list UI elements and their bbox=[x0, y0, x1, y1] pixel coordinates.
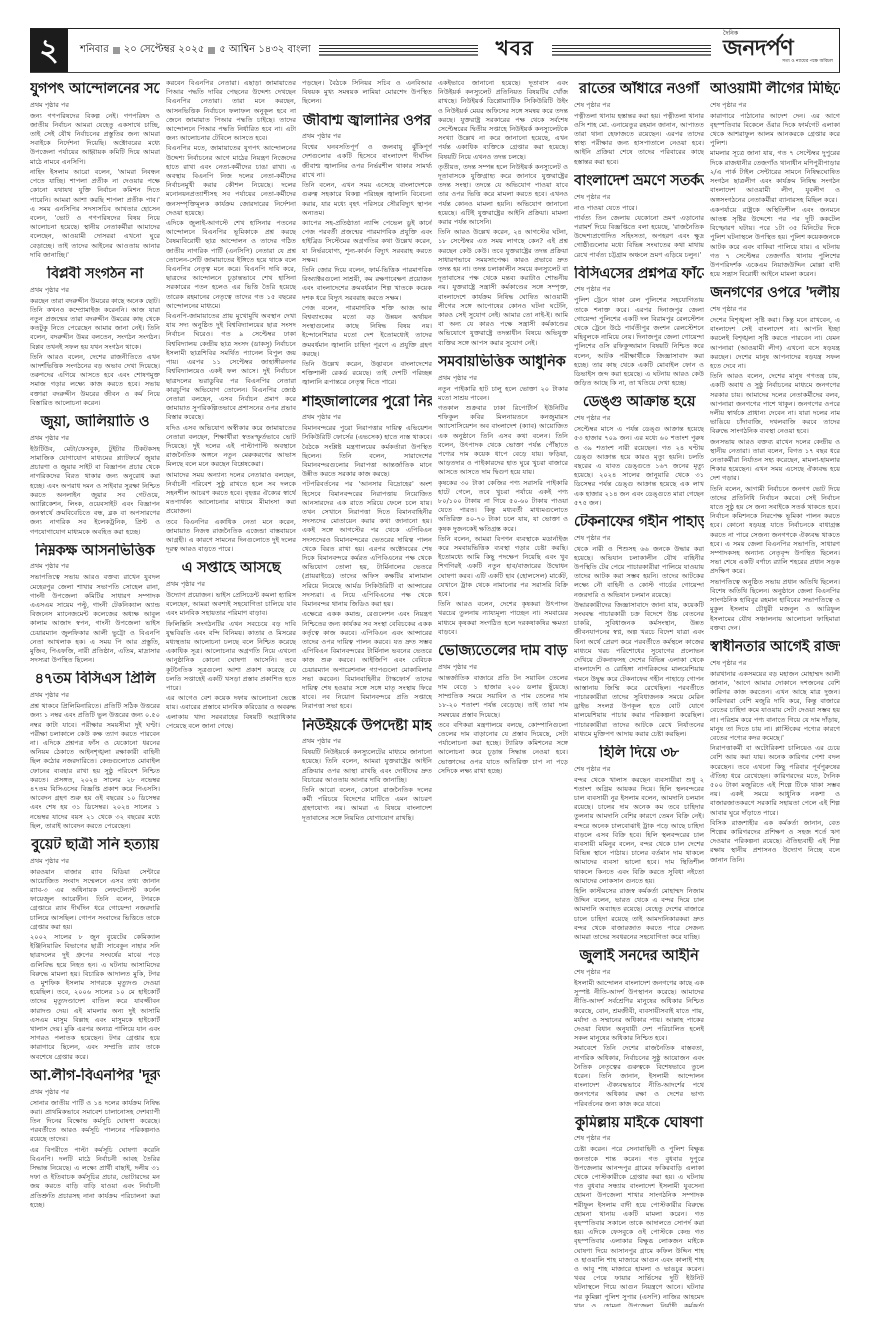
article-paragraph: তিনি আরও বলেন, দেশের মানুষ গণতন্ত্র চায়… bbox=[710, 372, 840, 436]
article-paragraph: সভাপতিত্বে সভায় আরও বক্তব্য রাখেন যুবদল… bbox=[30, 573, 160, 665]
article-headline[interactable]: জুয়া, জালিয়াতি ও bbox=[30, 414, 160, 431]
continuation-label: শেষ পৃষ্ঠার পর bbox=[574, 284, 704, 295]
article-paragraph: তৃতীয়ত, তদন্ত সম্পন্ন হলে নিউইয়র্ক কনস… bbox=[438, 163, 568, 227]
continuation-label: প্রথম পৃষ্ঠার পর bbox=[302, 412, 432, 423]
news-article: ডেঙ্গু আক্রান্ত হয়েশেষ পৃষ্ঠার পরসেপ্টে… bbox=[574, 394, 704, 508]
article-body: একইভাবে জানানো হয়েছে। দূতাবাস এবং নিউইয… bbox=[438, 79, 568, 348]
news-article: আ.লীগ-বিএনপির 'দূরত্ব'প্রথম পৃষ্ঠার পরসো… bbox=[30, 1068, 160, 1210]
news-article: স্বাধীনতার আগেই রাজশাহীতেশেষ পৃষ্ঠার পরক… bbox=[710, 639, 840, 865]
article-paragraph: বিমানবন্দরের পুরো নিরাপত্তার দায়িত্ব এভ… bbox=[302, 424, 432, 479]
article-paragraph: কারাগারে পাঠানোর আদেশ দেন। এর আগে বৃহস্প… bbox=[710, 112, 840, 149]
news-column-4: একইভাবে জানানো হয়েছে। দূতাবাস এবং নিউইয… bbox=[438, 73, 568, 1307]
masthead: ২ শনিবার ২০ সেপ্টেম্বর ২০২৫ ৫ আশ্বিন ১৪৩… bbox=[30, 28, 840, 72]
article-body: ইসলামী আন্দোলন বাংলাদেশ জনগণের কাছে এক স… bbox=[574, 979, 704, 1109]
newspaper-logo: দৈনিক জনদর্পণ সত্য ও ন্যায়ের পক্ষে অবিচ… bbox=[719, 29, 839, 72]
article-headline[interactable]: স্বাধীনতার আগেই রাজশাহীতে bbox=[710, 639, 840, 656]
news-column-2: করবেন বিএনপির নেতারা। এছাড়া জামায়াতের … bbox=[166, 73, 296, 1307]
article-paragraph: সোনার জাতীয় পার্টি ও ১৪ দলের কার্যক্রম … bbox=[30, 1099, 160, 1145]
article-paragraph: ফিলিস্তিনি সংগঠনটির এখন সবচেয়ে বড় দাবি… bbox=[166, 620, 296, 694]
continuation-label: শেষ পৃষ্ঠার পর bbox=[574, 1133, 704, 1144]
article-paragraph: জনসভায় আরও বক্তব্য রাখেন দলের কেন্দ্রীয… bbox=[710, 438, 840, 484]
article-paragraph: আমাদের সময় অন্যান্য দলের নেতারাও বলছেন,… bbox=[166, 471, 296, 517]
continuation-label: প্রথম পৃষ্ঠার পর bbox=[438, 662, 568, 673]
article-body: বিষয়টি নিউইয়র্কে কনস্যুলেটের মাধ্যমে জ… bbox=[302, 748, 432, 823]
news-article: নিম্নকক্ষ আসনভিত্তিকপ্রথম পৃষ্ঠার পরসভাপ… bbox=[30, 543, 160, 666]
article-paragraph: এক্ষেত্রে একক কমান্ড, রেগুলেশন এবং নিয়ন… bbox=[302, 610, 432, 711]
article-paragraph: তিনি জোর দিয়ে বলেন, ফার্ম-ভিত্তিক পারমা… bbox=[302, 266, 432, 303]
article-body: চেষ্টা করেন। পরে সেনাবাহিনী ও পুলিশ বিক্… bbox=[574, 1145, 704, 1307]
continuation-label: প্রথম পৃষ্ঠার পর bbox=[438, 373, 568, 384]
continuation-label: শেষ পৃষ্ঠার পর bbox=[710, 658, 840, 669]
continuation-label: শেষ পৃষ্ঠার পর bbox=[574, 100, 704, 111]
article-body: দেশের বিশৃঙ্খলা সৃষ্টি করা। কিন্তু মনে র… bbox=[710, 316, 840, 633]
article-body: সোনার জাতীয় পার্টি ও ১৪ দলের কার্যক্রম … bbox=[30, 1099, 160, 1210]
continuation-label: প্রথম পৃষ্ঠার পর bbox=[302, 131, 432, 142]
article-body: পড়ছেন। বৈঠকে সিনিয়র সচিব ও এনবিআর বিষয… bbox=[302, 79, 432, 107]
article-paragraph: নাও পাওয়া যেতে পারে। bbox=[574, 204, 704, 213]
article-paragraph: বিশ্বের ঘনবসতিপূর্ণ ও জলবায়ু ঝুঁকিপূর্ণ… bbox=[302, 143, 432, 180]
news-article: জনগণের ওপরে 'দলীয়শেষ পৃষ্ঠার পরদেশের বি… bbox=[710, 285, 840, 633]
article-paragraph: চেষ্টা করেন। পরে সেনাবাহিনী ও পুলিশ বিক্… bbox=[574, 1145, 704, 1307]
article-paragraph: একইভাবে জানানো হয়েছে। দূতাবাস এবং নিউইয… bbox=[438, 79, 568, 162]
article-paragraph: তবে বণিকরা মন্ত্রণালয়ে বলছে, কোম্পানিগু… bbox=[438, 721, 568, 776]
article-body: পত্নীতলা থানায় হস্তান্তর করা হয়। পত্নী… bbox=[574, 112, 704, 167]
news-column-1: যুগপৎ আন্দোলনের সঙ্গেপ্রথম পৃষ্ঠার পরজন্… bbox=[30, 73, 160, 1307]
article-paragraph: নিরাপত্তাকর্মী বা অটোরিকশা চালিয়েও এর চ… bbox=[710, 744, 840, 818]
article-paragraph: গতকাল শুক্রবার ঢাকা রিপোর্টার্স ইউনিটির … bbox=[438, 404, 568, 478]
article-headline[interactable]: ৪৭তম বিসিএস প্রিলি bbox=[30, 671, 160, 688]
news-article: জুয়া, জালিয়াতি ওপ্রথম পৃষ্ঠার পরইউটিউব… bbox=[30, 414, 160, 537]
article-paragraph: থেকে নারী ও শিশুসহ ৬৬ জনকে উদ্ধার করা হয… bbox=[574, 545, 704, 600]
continuation-label: শেষ পৃষ্ঠার পর bbox=[574, 533, 704, 544]
continuation-label: প্রথম পৃষ্ঠার পর bbox=[166, 579, 296, 590]
continuation-label: প্রথম পৃষ্ঠার পর bbox=[30, 433, 160, 444]
article-headline[interactable]: রাতের আঁধারে নওগাঁ bbox=[574, 81, 704, 98]
article-body: আন্তর্জাতিক বাজারে প্রতি টন সয়াবিন তেলে… bbox=[438, 674, 568, 776]
article-paragraph: বন্দর থেকে খালাস করছেন ব্যবসায়ীরা শুধু … bbox=[574, 776, 704, 886]
article-headline[interactable]: আওয়ামী লীগের মিছিলে bbox=[710, 81, 840, 98]
article-paragraph: দেশের বিশৃঙ্খলা সৃষ্টি করা। কিন্তু মনে র… bbox=[710, 316, 840, 371]
article-headline[interactable]: নিম্নকক্ষ আসনভিত্তিক bbox=[30, 543, 160, 560]
article-paragraph: বিসিক রাজশাহীর এক কর্মকর্তা জানান, বেত শ… bbox=[710, 819, 840, 865]
news-page: যুগপৎ আন্দোলনের সঙ্গেপ্রথম পৃষ্ঠার পরজন্… bbox=[30, 72, 840, 1307]
article-paragraph: পুলিশ ট্রেনে থাকা রেল পুলিশের সহযোগিতায়… bbox=[574, 296, 704, 388]
article-paragraph: যদিও এসব অভিযোগ অস্বীকার করে জামায়াতের … bbox=[166, 424, 296, 470]
article-headline[interactable]: বিসিএসের প্রশ্নপত্র ফাঁসে bbox=[574, 266, 704, 283]
article-body: পুলিশ ট্রেনে থাকা রেল পুলিশের সহযোগিতায়… bbox=[574, 296, 704, 388]
news-article: ভোজ্যতেলের দাম বাড়ানোরপ্রথম পৃষ্ঠার পরআ… bbox=[438, 643, 568, 776]
news-article: নিউইয়র্কে উপদেষ্টা মাহফুজপ্রথম পৃষ্ঠার … bbox=[302, 718, 432, 823]
article-headline[interactable]: ডেঙ্গু আক্রান্ত হয়ে bbox=[574, 394, 704, 411]
article-paragraph: কারওয়ান বাজার র‌্যাব মিডিয়া সেন্টারে আ… bbox=[30, 868, 160, 932]
article-headline[interactable]: যুগপৎ আন্দোলনের সঙ্গে bbox=[30, 81, 160, 98]
article-paragraph: সভাপতিত্বে অনুষ্ঠিত সভায় প্রধান অতিথি ছ… bbox=[710, 578, 840, 633]
article-headline[interactable]: শাহজালালের পুরো নিরাপত্তার bbox=[302, 394, 432, 411]
article-paragraph: বিএনপির মতে, জামায়াতের যুগপৎ আন্দোলনের … bbox=[166, 144, 296, 218]
continuation-label: প্রথম পৃষ্ঠার পর bbox=[302, 736, 432, 747]
continuation-label: শেষ পৃষ্ঠার পর bbox=[710, 304, 840, 315]
article-paragraph: পড়ছেন। বৈঠকে সিনিয়র সচিব ও এনবিআর বিষয… bbox=[302, 79, 432, 107]
article-paragraph: একপর্যায়ে রাষ্ট্রকে অস্থিতিশীল এবং জনমন… bbox=[710, 206, 840, 280]
news-article: আওয়ামী লীগের মিছিলেশেষ পৃষ্ঠার পরকারাগা… bbox=[710, 81, 840, 279]
article-headline[interactable]: টেকনাফের গহীন পাহাড় bbox=[574, 514, 704, 531]
article-paragraph: পটপরিবর্তনের পর 'আনসার বিদ্রোহের' অংশ হি… bbox=[302, 480, 432, 609]
separator-square-icon bbox=[113, 47, 120, 54]
continuation-label: শেষ পৃষ্ঠার পর bbox=[574, 967, 704, 978]
article-paragraph: পার্বত্য তিন জেলায় যেকোনো ভ্রমণ এড়ানোর… bbox=[574, 214, 704, 260]
date-english: ২০ সেপ্টেম্বর ২০২৫ bbox=[124, 42, 205, 59]
article-paragraph: ক্যাপের সহ-প্রতিষ্ঠাতা ন্যান্সি পেভেল ডু… bbox=[302, 219, 432, 265]
news-article: জুলাই সনদের আইনিশেষ পৃষ্ঠার পরইসলামী আন্… bbox=[574, 948, 704, 1109]
article-paragraph: কারখানার একসময়ের বড় মহাজন মোহাম্মদ আলী… bbox=[710, 670, 840, 744]
article-body: করছেন তারা বদরুদ্দীন উমরের কাছে অনেক ছোট… bbox=[30, 297, 160, 408]
news-article: বিসিএসের প্রশ্নপত্র ফাঁসেশেষ পৃষ্ঠার পরপ… bbox=[574, 266, 704, 389]
article-paragraph: তিনি আরও বলেন, দেশের রাজনীতিতে এখন আদর্শ… bbox=[30, 353, 160, 408]
article-paragraph: এর আগেও বেশ কয়েক দফায় আলোচনা ভেস্তে যা… bbox=[166, 694, 296, 731]
day: শনিবার bbox=[80, 42, 109, 59]
article-paragraph: তিনি বলেন, আগামী নির্বাচনে জনগণ ভোট দিয়… bbox=[710, 485, 840, 577]
article-paragraph: বিষয়টি নিউইয়র্কে কনস্যুলেটের মাধ্যমে জ… bbox=[302, 748, 432, 785]
article-paragraph: মামলার সূত্রে জানা যায়, গত ৭ সেপ্টেম্বর… bbox=[710, 149, 840, 204]
page-number: ২ bbox=[30, 29, 68, 72]
article-paragraph: উদ্যোগ প্রয়োজন। ভাইস প্রেসিডেন্ট কমলা হ… bbox=[166, 591, 296, 619]
article-headline[interactable]: ভোজ্যতেলের দাম বাড়ানোর bbox=[438, 643, 568, 660]
article-headline[interactable]: নিউইয়র্কে উপদেষ্টা মাহফুজ bbox=[302, 718, 432, 735]
article-paragraph: কৃষকের ৩০ টাকা কেজির পণ্য সরাসরি পাইকারি… bbox=[438, 479, 568, 534]
news-article: শাহজালালের পুরো নিরাপত্তারপ্রথম পৃষ্ঠার … bbox=[302, 394, 432, 712]
article-paragraph: উদ্ধারকারীদের জিজ্ঞাসাবাদে জানা যায়, কয… bbox=[574, 601, 704, 739]
article-body: কারাগারে পাঠানোর আদেশ দেন। এর আগে বৃহস্প… bbox=[710, 112, 840, 280]
continuation-label: শেষ পৃষ্ঠার পর bbox=[574, 764, 704, 775]
article-paragraph: প্রশ্ন থাকবে প্রিলিমিনারিতে। প্রতিটি সঠি… bbox=[30, 702, 160, 831]
brand-tagline: সত্য ও ন্যায়ের পক্ষে অবিচল bbox=[723, 59, 833, 64]
article-paragraph: নতুন পাইকারি হাট চালু হলে ভোক্তা ২০ টাকা… bbox=[438, 385, 568, 403]
article-paragraph: তিনি বলেন, আমরা বিপণন ব্যবস্থাকে মডার্না… bbox=[438, 535, 568, 599]
article-headline[interactable]: কুমিল্লায় মাইকে ঘোষণা bbox=[574, 1115, 704, 1132]
article-paragraph: তবে বিএনপির একাধিক নেতা মনে করেন, জামায়… bbox=[166, 518, 296, 555]
article-body: থেকে নারী ও শিশুসহ ৬৬ জনকে উদ্ধার করা হয… bbox=[574, 545, 704, 739]
news-column-3: পড়ছেন। বৈঠকে সিনিয়র সচিব ও এনবিআর বিষয… bbox=[302, 73, 432, 1307]
article-paragraph: পত্নীতলা থানায় হস্তান্তর করা হয়। পত্নী… bbox=[574, 112, 704, 167]
news-article: সমবায়ভিত্তিক আধুনিক বাজারপ্রথম পৃষ্ঠার … bbox=[438, 354, 568, 637]
article-headline[interactable]: বুয়েট ছাত্রী সনি হত্যায় bbox=[30, 837, 160, 854]
article-headline[interactable]: হিলি দিয়ে ৩৮ bbox=[574, 745, 704, 762]
section-title: খবর bbox=[486, 29, 544, 72]
article-body: বন্দর থেকে খালাস করছেন ব্যবসায়ীরা শুধু … bbox=[574, 776, 704, 943]
article-body: কারওয়ান বাজার র‌্যাব মিডিয়া সেন্টারে আ… bbox=[30, 868, 160, 1062]
article-body: ইউটিউব, মেটা/ফেসবুক, টুইটার টিকটকসহ সামা… bbox=[30, 445, 160, 537]
article-paragraph: করছেন তারা বদরুদ্দীন উমরের কাছে অনেক ছোট… bbox=[30, 297, 160, 352]
article-paragraph: সেপ্টেম্বর মাসে এ পর্যন্ত ডেঙ্গু আক্রান্… bbox=[574, 425, 704, 508]
article-paragraph: জন্য গণপরিষদের বিকল্প নেই। গণপরিষদ ও জাত… bbox=[30, 112, 160, 167]
article-paragraph: হিলি কাস্টমসের রাজস্ব কর্মকর্তা মোহাম্মদ… bbox=[574, 887, 704, 942]
article-headline[interactable]: বিপ্লবী সংগঠন না bbox=[30, 266, 160, 283]
news-article: একইভাবে জানানো হয়েছে। দূতাবাস এবং নিউইয… bbox=[438, 79, 568, 348]
news-article: ৪৭তম বিসিএস প্রিলিপ্রথম পৃষ্ঠার পরপ্রশ্ন… bbox=[30, 671, 160, 831]
article-headline[interactable]: জীবাশ্ম জ্বালানির ওপর bbox=[302, 113, 432, 130]
article-headline[interactable]: এ সপ্তাহে আসছে bbox=[166, 560, 296, 577]
article-body: উদ্যোগ প্রয়োজন। ভাইস প্রেসিডেন্ট কমলা হ… bbox=[166, 591, 296, 731]
continuation-label: প্রথম পৃষ্ঠার পর bbox=[30, 285, 160, 296]
article-paragraph: বিএনপি-জামায়াতের প্রায় মুখোমুখি অবস্থা… bbox=[166, 312, 296, 422]
article-headline[interactable]: জনগণের ওপরে 'দলীয় bbox=[710, 285, 840, 302]
news-article: করবেন বিএনপির নেতারা। এছাড়া জামায়াতের … bbox=[166, 79, 296, 554]
news-article: এ সপ্তাহে আসছেপ্রথম পৃষ্ঠার পরউদ্যোগ প্র… bbox=[166, 560, 296, 731]
article-body: সভাপতিত্বে সভায় আরও বক্তব্য রাখেন যুবদল… bbox=[30, 573, 160, 665]
news-article: বাংলাদেশ ভ্রমণে সতর্কতাশেষ পৃষ্ঠার পরনাও… bbox=[574, 173, 704, 260]
news-article: টেকনাফের গহীন পাহাড়শেষ পৃষ্ঠার পরথেকে ন… bbox=[574, 514, 704, 739]
article-headline[interactable]: বাংলাদেশ ভ্রমণে সতর্কতা bbox=[574, 173, 704, 190]
news-article: পড়ছেন। বৈঠকে সিনিয়র সচিব ও এনবিআর বিষয… bbox=[302, 79, 432, 107]
article-body: সেপ্টেম্বর মাসে এ পর্যন্ত ডেঙ্গু আক্রান্… bbox=[574, 425, 704, 508]
continuation-label: প্রথম পৃষ্ঠার পর bbox=[30, 561, 160, 572]
news-article: রাতের আঁধারে নওগাঁশেষ পৃষ্ঠার পরপত্নীতলা… bbox=[574, 81, 704, 167]
article-paragraph: করবেন বিএনপির নেতারা। এছাড়া জামায়াতের … bbox=[166, 79, 296, 143]
article-paragraph: এর বিপরীতে পাল্টা কর্মসূচি ঘোষণা করেনি ব… bbox=[30, 1146, 160, 1210]
date-bangla: ৫ আশ্বিন ১৪৩২ বাংলা bbox=[219, 42, 310, 59]
continuation-label: শেষ পৃষ্ঠার পর bbox=[710, 100, 840, 111]
continuation-label: প্রথম পৃষ্ঠার পর bbox=[30, 100, 160, 111]
article-paragraph: তিনি আরও বলেন, দেশের কৃষকরা উৎপাদন খরচের… bbox=[438, 600, 568, 637]
news-column-5: রাতের আঁধারে নওগাঁশেষ পৃষ্ঠার পরপত্নীতলা… bbox=[574, 73, 704, 1307]
continuation-label: শেষ পৃষ্ঠার পর bbox=[574, 192, 704, 203]
article-paragraph: আন্তর্জাতিক বাজারে প্রতি টন সয়াবিন তেলে… bbox=[438, 674, 568, 720]
continuation-label: শেষ পৃষ্ঠার পর bbox=[574, 413, 704, 424]
continuation-label: প্রথম পৃষ্ঠার পর bbox=[30, 1087, 160, 1098]
article-paragraph: তিনি উল্লেখ করেন, উদ্ভাবনে বাংলাদেশের শক… bbox=[302, 360, 432, 388]
article-body: প্রশ্ন থাকবে প্রিলিমিনারিতে। প্রতিটি সঠি… bbox=[30, 702, 160, 831]
continuation-label: প্রথম পৃষ্ঠার পর bbox=[30, 856, 160, 867]
article-paragraph: পেজ বলেন, পারমাণবিক শক্তি আজ আর বিশ্বব্য… bbox=[302, 304, 432, 359]
article-body: জন্য গণপরিষদের বিকল্প নেই। গণপরিষদ ও জাত… bbox=[30, 112, 160, 260]
article-paragraph: ইউটিউব, মেটা/ফেসবুক, টুইটার টিকটকসহ সামা… bbox=[30, 445, 160, 537]
article-headline[interactable]: জুলাই সনদের আইনি bbox=[574, 948, 704, 965]
news-article: বিপ্লবী সংগঠন নাপ্রথম পৃষ্ঠার পরকরছেন তা… bbox=[30, 266, 160, 408]
news-article: যুগপৎ আন্দোলনের সঙ্গেপ্রথম পৃষ্ঠার পরজন্… bbox=[30, 81, 160, 260]
news-article: জীবাশ্ম জ্বালানির ওপরপ্রথম পৃষ্ঠার পরবিশ… bbox=[302, 113, 432, 388]
article-paragraph: ইসলামী আন্দোলন বাংলাদেশ জনগণের কাছে এক স… bbox=[574, 979, 704, 1043]
news-article: হিলি দিয়ে ৩৮শেষ পৃষ্ঠার পরবন্দর থেকে খা… bbox=[574, 745, 704, 942]
news-article: বুয়েট ছাত্রী সনি হত্যায়প্রথম পৃষ্ঠার প… bbox=[30, 837, 160, 1062]
article-paragraph: নাহিদ ইসলাম আরো বলেন, 'আমরা নিবন্ধন পেতে… bbox=[30, 168, 160, 260]
article-body: নাও পাওয়া যেতে পারে।পার্বত্য তিন জেলায়… bbox=[574, 204, 704, 260]
news-column-6: আওয়ামী লীগের মিছিলেশেষ পৃষ্ঠার পরকারাগা… bbox=[710, 73, 840, 1307]
decorative-rules-left bbox=[319, 29, 478, 72]
article-headline[interactable]: আ.লীগ-বিএনপির 'দূরত্ব' bbox=[30, 1068, 160, 1085]
article-paragraph: তিনি আরো বলেন, কোনো রাজনৈতিক দলের কর্মী … bbox=[302, 786, 432, 823]
article-paragraph: ২০০২ সালের ৮ জুন বুয়েটের কেমিক্যাল ইঞ্জ… bbox=[30, 933, 160, 1062]
article-paragraph: এদিকে জুলাই-আগস্টে শেখ হাসিনার পতনের আন্… bbox=[166, 219, 296, 311]
article-headline[interactable]: সমবায়ভিত্তিক আধুনিক বাজার bbox=[438, 354, 568, 371]
article-paragraph: সমাবেশে তিনি দেশের রাজনৈতিক বাস্তবতা, না… bbox=[574, 1044, 704, 1108]
brand-name: জনদর্পণ bbox=[723, 37, 833, 59]
separator-square-icon bbox=[208, 47, 215, 54]
decorative-rules-right bbox=[552, 29, 711, 72]
article-body: করবেন বিএনপির নেতারা। এছাড়া জামায়াতের … bbox=[166, 79, 296, 554]
article-body: বিমানবন্দরের পুরো নিরাপত্তার দায়িত্ব এভ… bbox=[302, 424, 432, 711]
news-article: কুমিল্লায় মাইকে ঘোষণাশেষ পৃষ্ঠার পরচেষ্… bbox=[574, 1115, 704, 1307]
article-body: বিশ্বের ঘনবসতিপূর্ণ ও জলবায়ু ঝুঁকিপূর্ণ… bbox=[302, 143, 432, 387]
article-body: কারখানার একসময়ের বড় মহাজন মোহাম্মদ আলী… bbox=[710, 670, 840, 865]
article-paragraph: তিনি আরও উল্লেখ করেন, ২৪ আগস্টের ঘটনা, ১… bbox=[438, 228, 568, 348]
dateline: শনিবার ২০ সেপ্টেম্বর ২০২৫ ৫ আশ্বিন ১৪৩২ … bbox=[68, 29, 311, 72]
article-paragraph: তিনি বলেন, এখন সময় এসেছে বাংলাদেশকে গুর… bbox=[302, 181, 432, 218]
continuation-label: প্রথম পৃষ্ঠার পর bbox=[30, 690, 160, 701]
article-body: নতুন পাইকারি হাট চালু হলে ভোক্তা ২০ টাকা… bbox=[438, 385, 568, 637]
